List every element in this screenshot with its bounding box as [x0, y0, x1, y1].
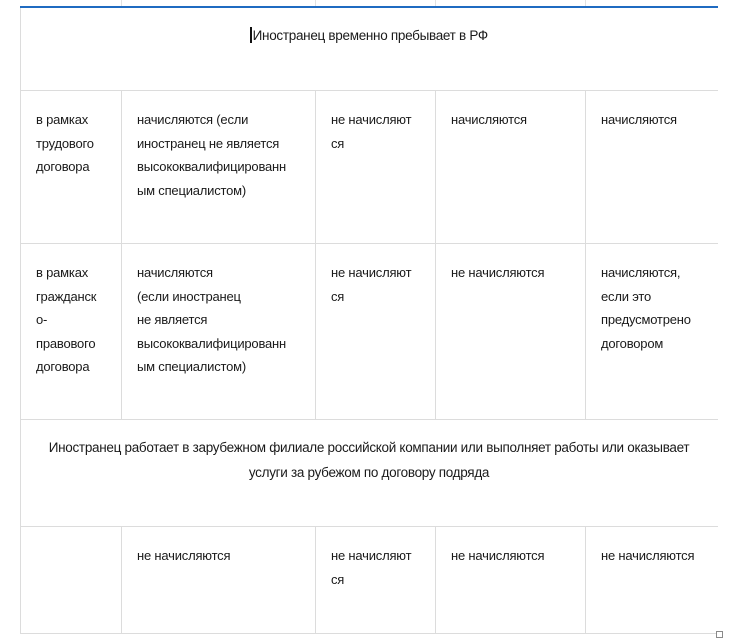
table-cell[interactable]: не начисляются: [601, 544, 694, 568]
table-resize-handle[interactable]: [716, 631, 723, 638]
row-label-labor-contract[interactable]: в рамках трудового договора: [36, 108, 94, 179]
section-heading-temporary-stay[interactable]: Иностранец временно пребывает в РФ: [20, 23, 718, 48]
row-divider: [20, 419, 718, 420]
table-cell[interactable]: не начисляются: [451, 261, 544, 285]
table-cell[interactable]: начисляются: [601, 108, 677, 132]
column-tick: [121, 0, 122, 6]
table-cell[interactable]: не начисляют ся: [331, 544, 411, 591]
column-divider: [315, 526, 316, 633]
row-label-civil-contract[interactable]: в рамках гражданск о- правового договора: [36, 261, 96, 379]
row-divider: [20, 90, 718, 91]
section-heading-abroad-work[interactable]: Иностранец работает в зарубежном филиале…: [20, 436, 718, 485]
table-cell[interactable]: начисляются, если это предусмотрено дого…: [601, 261, 691, 355]
table-cell[interactable]: начисляются (если иностранец не является…: [137, 261, 286, 379]
table-bottom-border: [20, 633, 718, 634]
column-divider: [121, 90, 122, 419]
column-tick: [315, 0, 316, 6]
table-top-border: [20, 6, 718, 8]
column-divider: [585, 90, 586, 419]
column-divider: [315, 90, 316, 419]
table-cell[interactable]: не начисляют ся: [331, 108, 411, 155]
column-divider: [435, 526, 436, 633]
row-divider: [20, 526, 718, 527]
column-tick: [435, 0, 436, 6]
row-divider: [20, 243, 718, 244]
table-cell[interactable]: не начисляют ся: [331, 261, 411, 308]
table-left-border: [20, 8, 21, 634]
column-divider: [435, 90, 436, 419]
table-cell[interactable]: начисляются (если иностранец не является…: [137, 108, 286, 202]
column-tick: [585, 0, 586, 6]
column-divider: [121, 526, 122, 633]
table-cell[interactable]: не начисляются: [137, 544, 230, 568]
section-heading-text: Иностранец временно пребывает в РФ: [253, 28, 488, 43]
text-cursor: [250, 27, 252, 43]
column-divider: [585, 526, 586, 633]
table-cell[interactable]: начисляются: [451, 108, 527, 132]
table-cell[interactable]: не начисляются: [451, 544, 544, 568]
